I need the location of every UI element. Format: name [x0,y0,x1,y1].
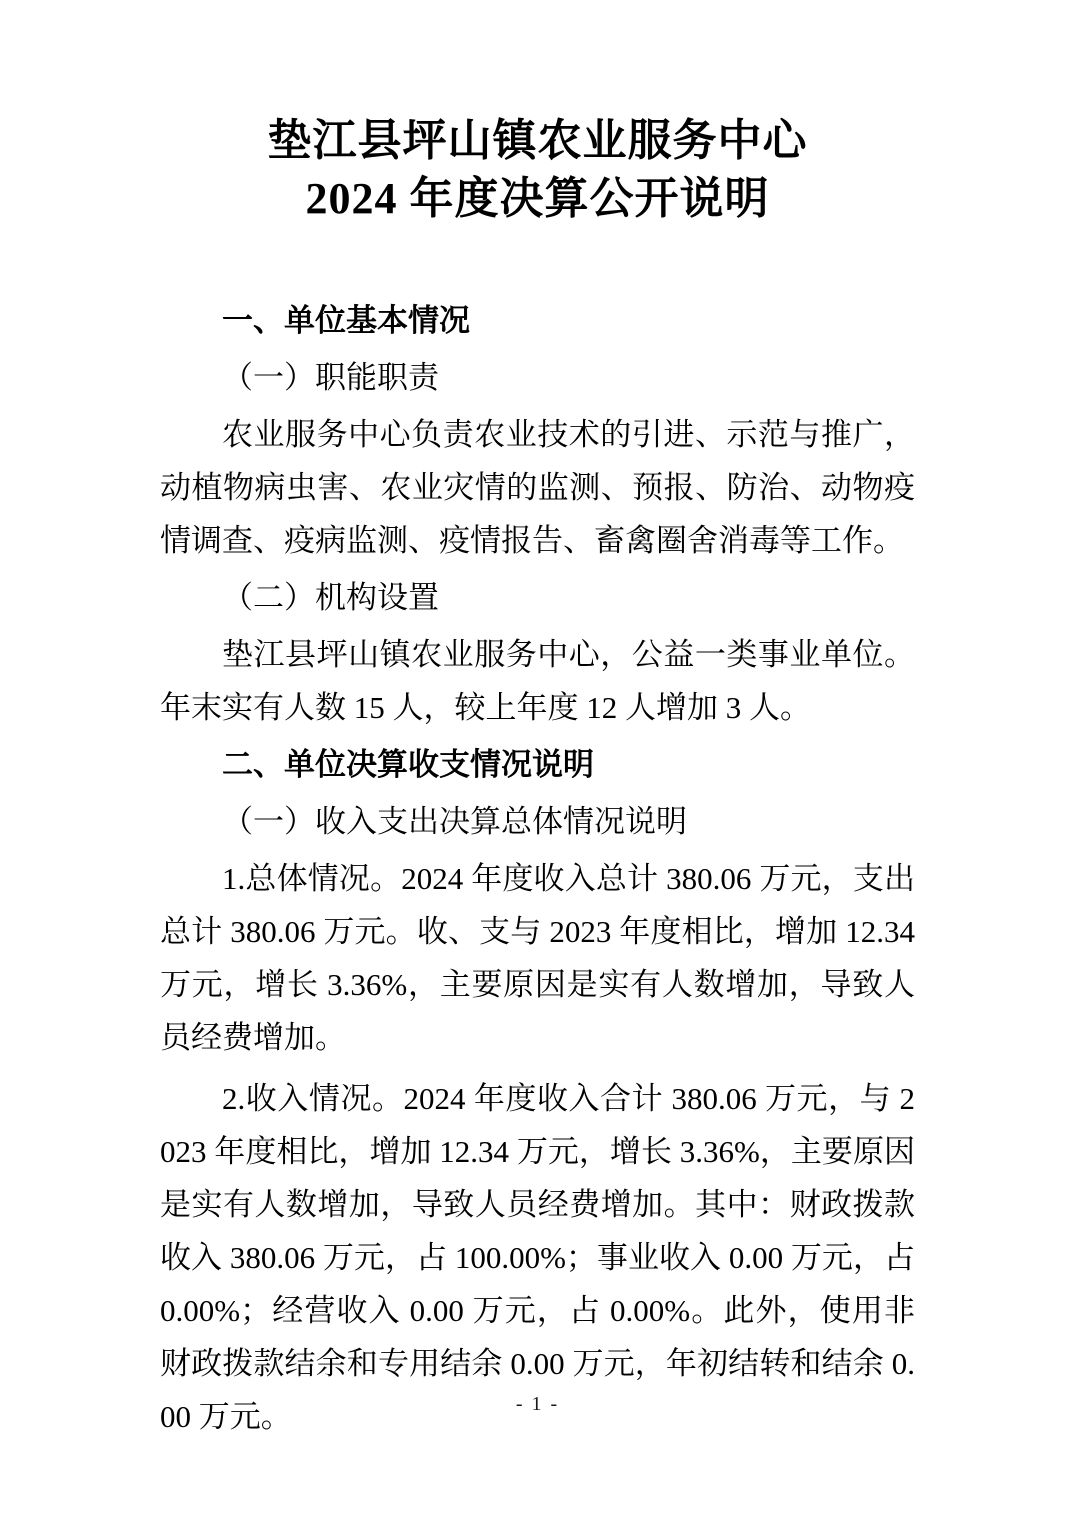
paragraph-income-situation: 2.收入情况。2024 年度收入合计 380.06 万元，与 2023 年度相比… [160,1072,915,1443]
document-content: 垫江县坪山镇农业服务中心 2024 年度决算公开说明 一、单位基本情况 （一）职… [160,0,915,1443]
subsection-heading-organization: （二）机构设置 [160,571,915,624]
subsection-heading-duties: （一）职能职责 [160,351,915,404]
document-title-line2: 2024 年度决算公开说明 [160,170,915,228]
section-heading-unit-basic: 一、单位基本情况 [160,294,915,347]
page-number: - 1 - [0,1392,1075,1416]
paragraph-duties: 农业服务中心负责农业技术的引进、示范与推广，动植物病虫害、农业灾情的监测、预报、… [160,408,915,567]
document-page: 垫江县坪山镇农业服务中心 2024 年度决算公开说明 一、单位基本情况 （一）职… [0,0,1075,1520]
paragraph-organization: 垫江县坪山镇农业服务中心，公益一类事业单位。年末实有人数 15 人，较上年度 1… [160,628,915,734]
subsection-heading-overview: （一）收入支出决算总体情况说明 [160,795,915,848]
document-title: 垫江县坪山镇农业服务中心 2024 年度决算公开说明 [160,0,915,228]
paragraph-overall-situation: 1.总体情况。2024 年度收入总计 380.06 万元，支出总计 380.06… [160,852,915,1064]
section-heading-budget: 二、单位决算收支情况说明 [160,738,915,791]
document-title-line1: 垫江县坪山镇农业服务中心 [160,112,915,170]
